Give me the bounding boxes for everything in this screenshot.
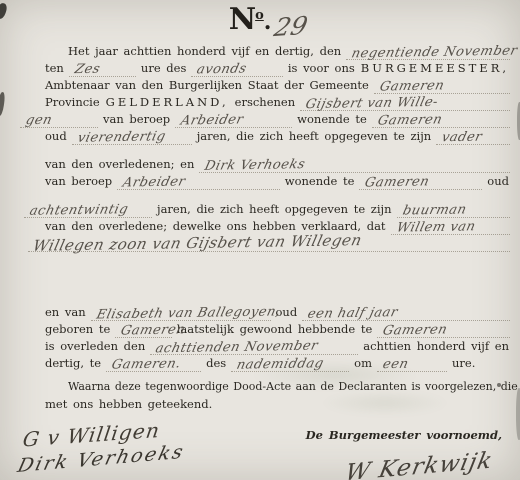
- signature-burgemeester: W Kerkwijk: [343, 448, 495, 480]
- handwritten-text: vierendertig: [70, 129, 167, 146]
- printed-text: des: [203, 356, 229, 370]
- handwritten-text: een: [375, 357, 410, 373]
- form-line: en van Elisabeth van Ballegoyen, oud een…: [42, 301, 512, 318]
- form-line: gen van beroep Arbeider wonende te Gamer…: [42, 108, 512, 125]
- printed-text: laatstelijk gewoond hebbende te: [174, 322, 376, 336]
- signature-block: G v Willigen Dirk Verhoeks De Burgemeest…: [0, 414, 520, 480]
- fill-in-blank: Willegen zoon van Gijsbert van Willegen: [28, 232, 510, 252]
- printed-text: ure des: [138, 61, 189, 75]
- handwritten-text: Willem van: [389, 219, 477, 235]
- fill-in-blank: Elisabeth van Ballegoyen,: [91, 301, 271, 321]
- handwritten-text: Zes: [67, 62, 102, 78]
- fill-in-blank: Gameren: [359, 170, 482, 190]
- printed-text: dertig, te: [42, 356, 104, 370]
- fill-in-blank: Gameren: [377, 318, 510, 338]
- printed-text: van beroep: [100, 112, 173, 126]
- printed-text: erschenen: [232, 95, 298, 109]
- handwritten-text: achtentwintig: [22, 202, 130, 219]
- document-number: No.29: [0, 0, 520, 38]
- document-body: Het jaar achttien honderd vijf en dertig…: [0, 38, 520, 414]
- closing-label: De Burgemeester voornoemd,: [306, 428, 502, 442]
- printed-text: Ambtenaar van den Burgerlijken Staat der…: [42, 78, 372, 92]
- fill-in-blank: Arbeider: [175, 108, 292, 128]
- fill-in-blank: achtentwintig: [24, 198, 152, 218]
- printed-text: van beroep: [42, 174, 115, 188]
- printed-text: is voor ons: [285, 61, 358, 75]
- printed-text: Provincie: [42, 95, 103, 109]
- form-line: achtentwintig jaren, die zich heeft opge…: [42, 198, 512, 215]
- handwritten-text: avonds: [190, 62, 249, 78]
- handwritten-text: gen: [18, 113, 54, 129]
- printed-text: oud: [484, 174, 512, 188]
- handwritten-text: negentiende November: [344, 44, 519, 62]
- fill-in-blank: negentiende November: [346, 40, 510, 60]
- printed-text: achttien honderd vijf en: [360, 339, 512, 353]
- printed-text: met ons hebben geteekend.: [42, 397, 215, 411]
- handwritten-text: Dirk Verhoeks: [197, 157, 307, 174]
- fill-in-blank: Zes: [69, 57, 136, 77]
- fill-in-blank: avonds: [191, 57, 282, 77]
- handwritten-text: vader: [434, 130, 483, 146]
- no-value-handwritten: 29: [272, 11, 311, 42]
- ink-showthrough: [320, 390, 450, 416]
- scan-artifact: [497, 383, 501, 387]
- handwritten-text: een half jaar: [300, 305, 399, 322]
- handwritten-text: nademiddag: [229, 356, 325, 373]
- burgemeester-signature-block: De Burgemeester voornoemd, W Kerkwijk: [306, 422, 506, 480]
- handwritten-text: Elisabeth van Ballegoyen,: [89, 304, 282, 322]
- printed-text: wonende te: [282, 174, 358, 188]
- printed-text: ure.: [449, 356, 478, 370]
- handwritten-text: Gameren: [113, 322, 187, 338]
- printed-text: GELDERLAND,: [103, 95, 232, 109]
- handwritten-text: achttienden November: [148, 339, 320, 357]
- printed-text: jaren, die zich heeft opgegeven te zijn: [194, 129, 435, 143]
- form-line: Het jaar achttien honderd vijf en dertig…: [42, 40, 512, 57]
- printed-text: oud: [42, 129, 70, 143]
- declarant-signatures: G v Willigen Dirk Verhoeks: [24, 422, 182, 480]
- handwritten-text: Gameren: [372, 78, 446, 94]
- scan-artifact: [516, 388, 520, 440]
- fill-in-blank: vader: [436, 125, 510, 145]
- handwritten-text: Arbeider: [115, 174, 187, 190]
- form-line: Provincie GELDERLAND, erschenen Gijsbert…: [42, 91, 512, 108]
- printed-text: Het jaar achttien honderd vijf en dertig…: [42, 44, 344, 58]
- handwritten-text: Gameren: [375, 322, 449, 338]
- handwritten-text: Gameren: [370, 112, 444, 128]
- printed-text: wonende te: [294, 112, 370, 126]
- handwritten-text: Arbeider: [173, 112, 245, 128]
- handwritten-text: Gameren: [357, 174, 431, 190]
- handwritten-text: Willegen zoon van Gijsbert van Willegen: [25, 231, 364, 255]
- no-period: .: [264, 9, 272, 35]
- handwritten-text: Gameren.: [104, 356, 182, 372]
- printed-text: en van: [42, 305, 89, 319]
- printed-text: ten: [42, 61, 67, 75]
- form-line: dertig, te Gameren. des nademiddag om ee…: [42, 352, 512, 369]
- printed-text: is overleden den: [42, 339, 148, 353]
- form-line: Willegen zoon van Gijsbert van Willegen: [42, 232, 512, 257]
- form-line: van beroep Arbeider wonende te Gameren o…: [42, 170, 512, 187]
- no-label: N: [229, 2, 255, 37]
- form-line: van den overledenen; en Dirk Verhoeks: [42, 153, 512, 170]
- handwritten-text: buurman: [395, 202, 468, 218]
- no-superscript: o: [255, 8, 264, 23]
- printed-text: van den overledenen; en: [42, 157, 197, 171]
- printed-text: jaren, die zich heeft opgegeven te zijn: [154, 202, 395, 216]
- death-certificate-document: No.29 Het jaar achttien honderd vijf en …: [0, 0, 520, 480]
- handwritten-text: Gijsbert van Wille-: [298, 95, 440, 112]
- printed-text: geboren te: [42, 322, 113, 336]
- printed-text: BURGEMEESTER,: [358, 61, 512, 75]
